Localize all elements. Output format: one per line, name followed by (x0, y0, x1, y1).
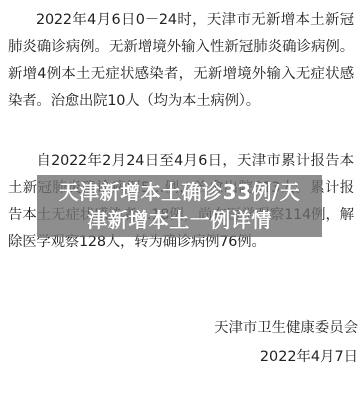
headline-line-2: 津新增本土一例详情 (87, 206, 272, 234)
headline-line-1: 天津新增本土确诊33例/天 (59, 178, 301, 206)
paragraph-daily-report-text: 2022年4月6日0－24时，天津市无新增本土新冠肺炎确诊病例。无新增境外输入性… (8, 12, 354, 109)
signature-date: 2022年4月7日 (260, 344, 358, 371)
headline-overlay[interactable]: 天津新增本土确诊33例/天 津新增本土一例详情 (37, 175, 322, 237)
paragraph-daily-report: 2022年4月6日0－24时，天津市无新增本土新冠肺炎确诊病例。无新增境外输入性… (8, 7, 354, 115)
signature-organization: 天津市卫生健康委员会 (214, 315, 358, 342)
